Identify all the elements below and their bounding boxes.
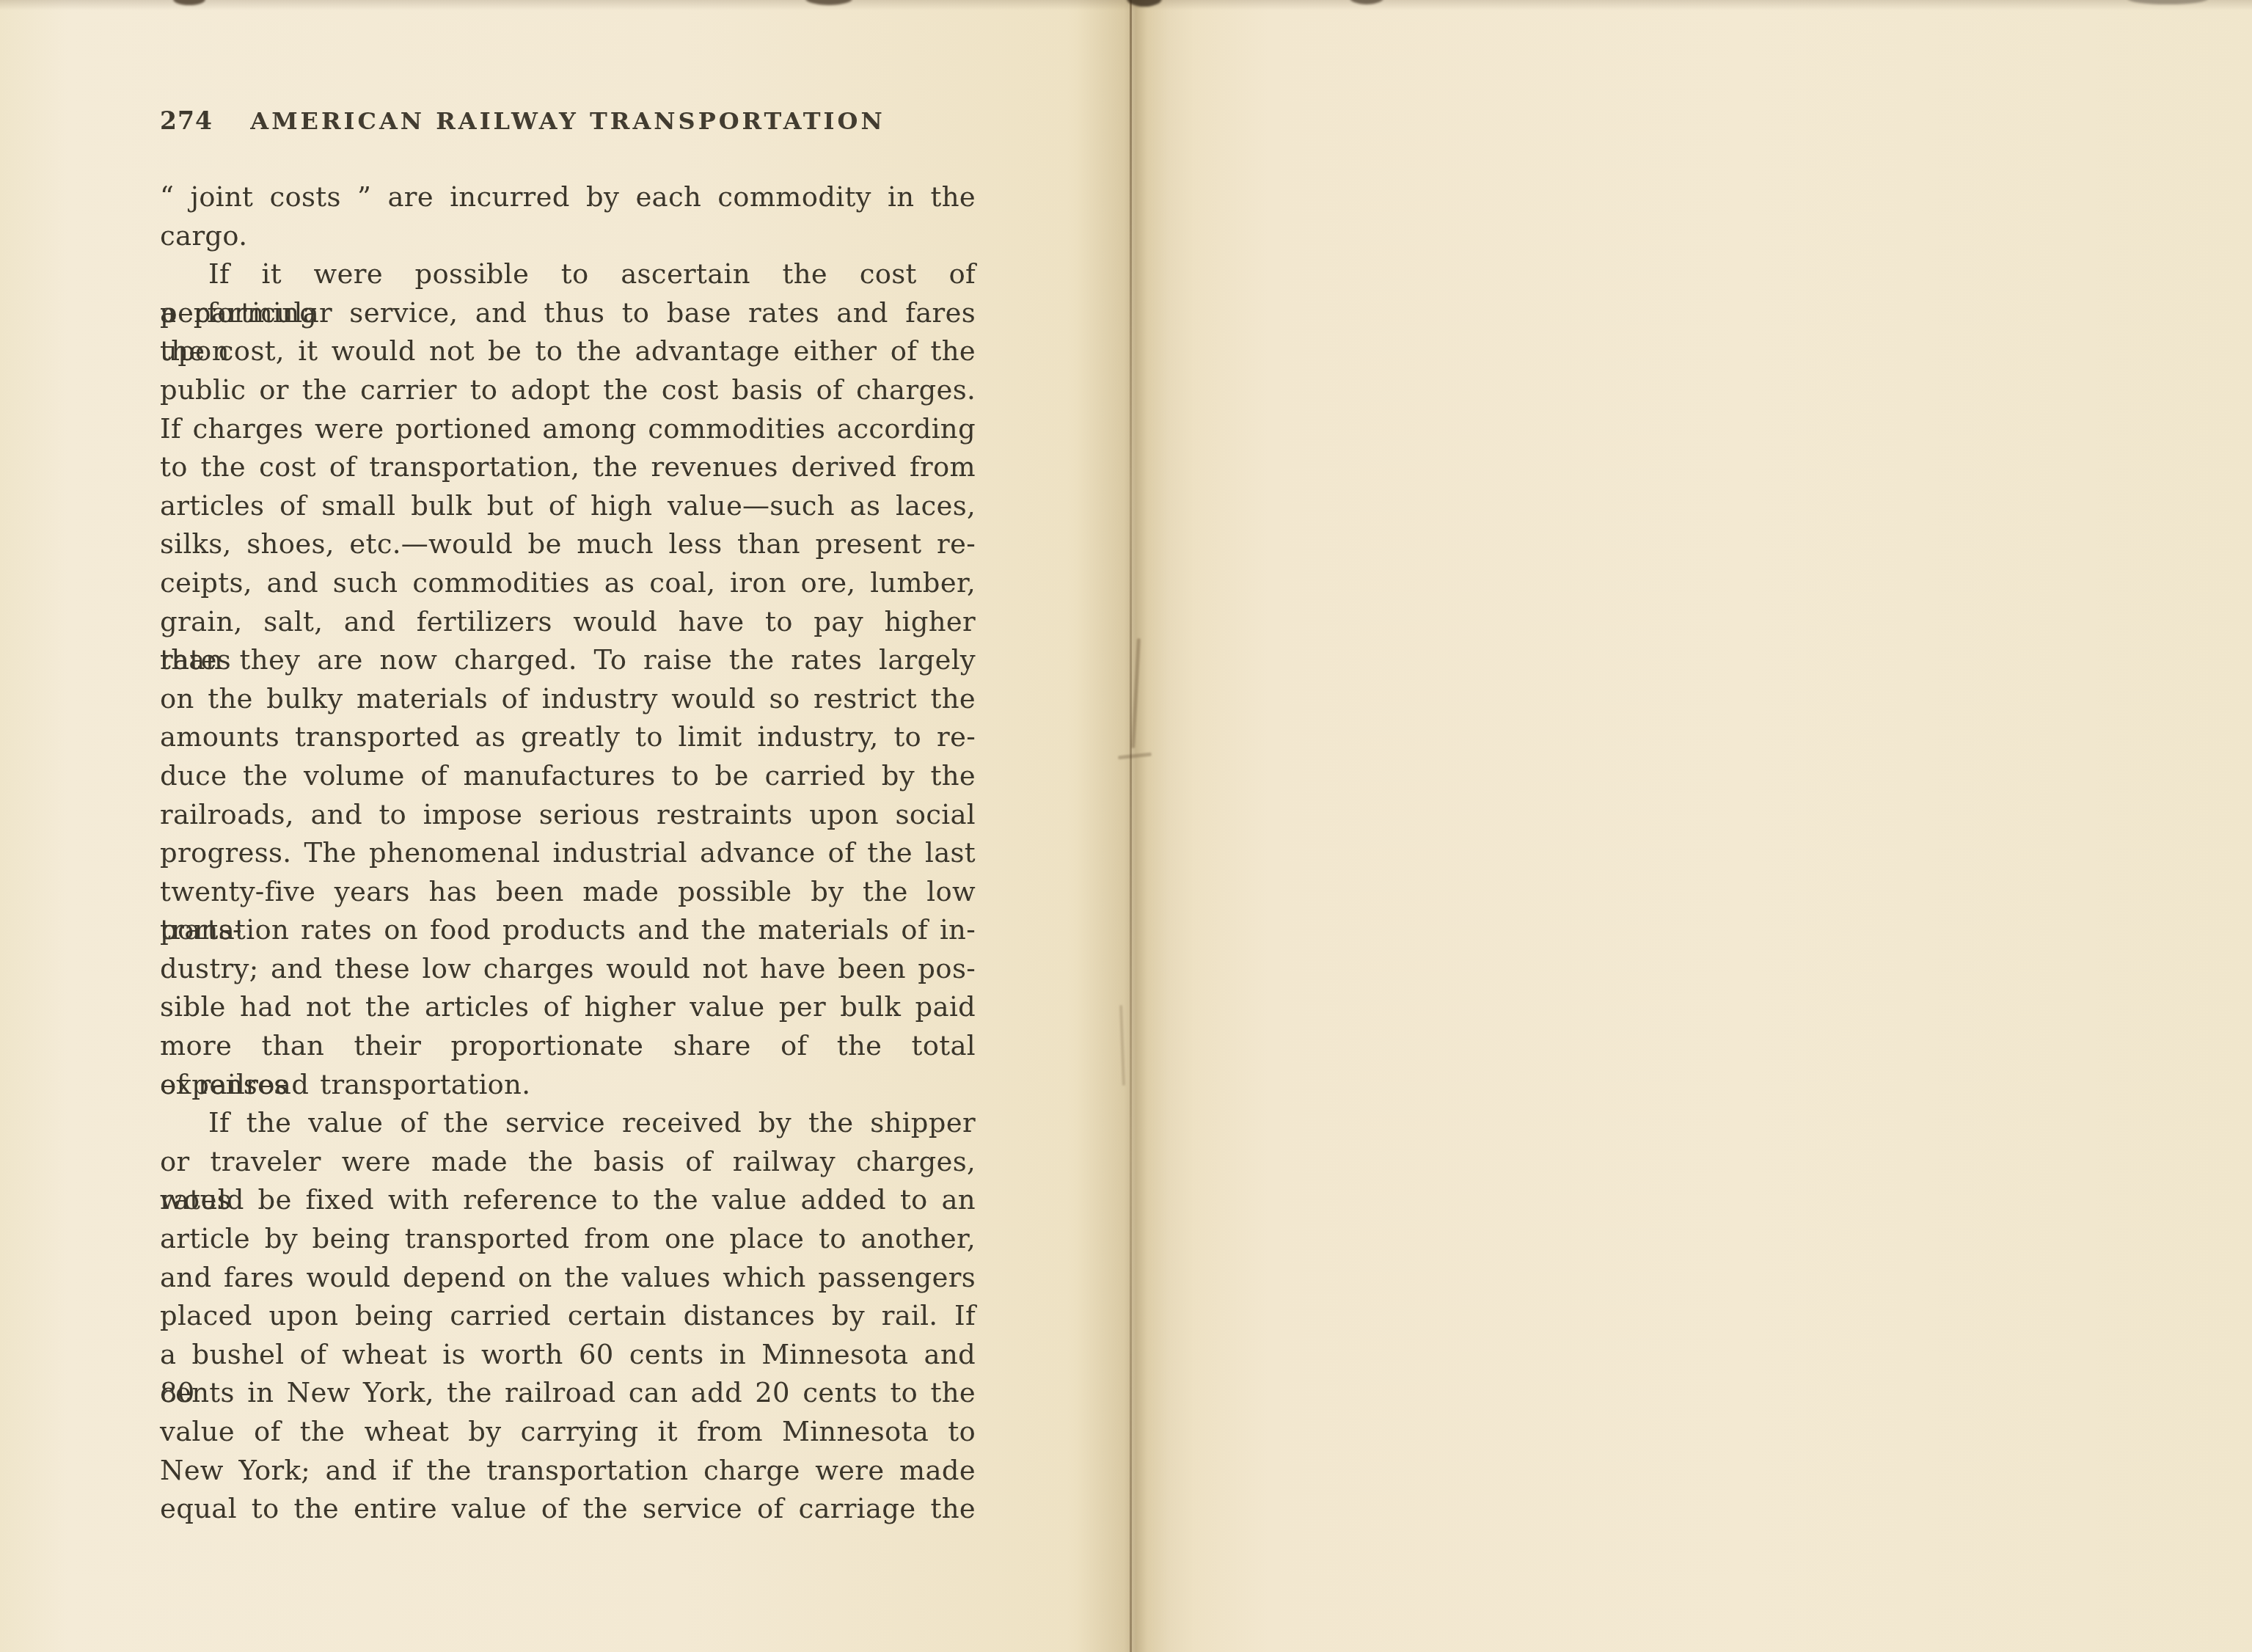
gutter-crease [1119, 1005, 1125, 1086]
text-line: dustry; and these low charges would not … [160, 950, 976, 989]
text-line: duce the volume of manufactures to be ca… [160, 757, 976, 796]
left-page-text: “ joint costs ” are incurred by each com… [160, 178, 976, 1529]
text-line: If the value of the service received by … [160, 1104, 976, 1143]
text-line: equal to the entire value of the service… [160, 1490, 976, 1529]
text-line: of railroad transportation. [160, 1066, 976, 1105]
text-line: public or the carrier to adopt the cost … [160, 371, 976, 410]
text-line: twenty-five years has been made possible… [160, 873, 976, 912]
text-line: sible had not the articles of higher val… [160, 988, 976, 1027]
text-line: a bushel of wheat is worth 60 cents in M… [160, 1336, 976, 1375]
text-line: to the cost of transportation, the reven… [160, 448, 976, 487]
text-line: or traveler were made the basis of railw… [160, 1143, 976, 1182]
gutter-crease [1131, 638, 1141, 748]
text-line: cents in New York, the railroad can add … [160, 1374, 976, 1413]
text-line: If it were possible to ascertain the cos… [160, 255, 976, 294]
text-line: the cost, it would not be to the advanta… [160, 332, 976, 371]
text-line: If charges were portioned among commodit… [160, 410, 976, 449]
text-line: ceipts, and such commodities as coal, ir… [160, 564, 976, 603]
text-line: than they are now charged. To raise the … [160, 641, 976, 680]
text-line: silks, shoes, etc.—would be much less th… [160, 525, 976, 564]
right-page: THEORY OF RATES AND FARES 275 rate could… [1136, 0, 2252, 1652]
text-line: cargo. [160, 217, 976, 256]
page-gutter-fold [1077, 0, 1194, 1652]
text-line: amounts transported as greatly to limit … [160, 718, 976, 757]
gutter-crease [1118, 753, 1152, 760]
left-page-number: 274 [160, 105, 213, 137]
text-line: New York; and if the transportation char… [160, 1452, 976, 1491]
text-line: and fares would depend on the values whi… [160, 1259, 976, 1298]
text-line: articles of small bulk but of high value… [160, 487, 976, 526]
gutter-fold-line [1130, 0, 1132, 1652]
left-running-title: AMERICAN RAILWAY TRANSPORTATION [160, 105, 976, 137]
text-line: progress. The phenomenal industrial adva… [160, 834, 976, 873]
text-line: placed upon being carried certain distan… [160, 1297, 976, 1336]
text-line: railroads, and to impose serious restrai… [160, 796, 976, 835]
text-line: article by being transported from one pl… [160, 1220, 976, 1259]
book-spread: 274 AMERICAN RAILWAY TRANSPORTATION “ jo… [0, 0, 2252, 1652]
text-line: would be fixed with reference to the val… [160, 1181, 976, 1220]
left-running-header: 274 AMERICAN RAILWAY TRANSPORTATION [160, 105, 976, 137]
text-line: value of the wheat by carrying it from M… [160, 1413, 976, 1452]
text-line: portation rates on food products and the… [160, 911, 976, 950]
text-line: more than their proportionate share of t… [160, 1027, 976, 1066]
text-line: a particular service, and thus to base r… [160, 294, 976, 333]
left-page: 274 AMERICAN RAILWAY TRANSPORTATION “ jo… [0, 0, 1136, 1652]
text-line: “ joint costs ” are incurred by each com… [160, 178, 976, 217]
text-line: grain, salt, and fertilizers would have … [160, 603, 976, 642]
text-line: on the bulky materials of industry would… [160, 680, 976, 719]
